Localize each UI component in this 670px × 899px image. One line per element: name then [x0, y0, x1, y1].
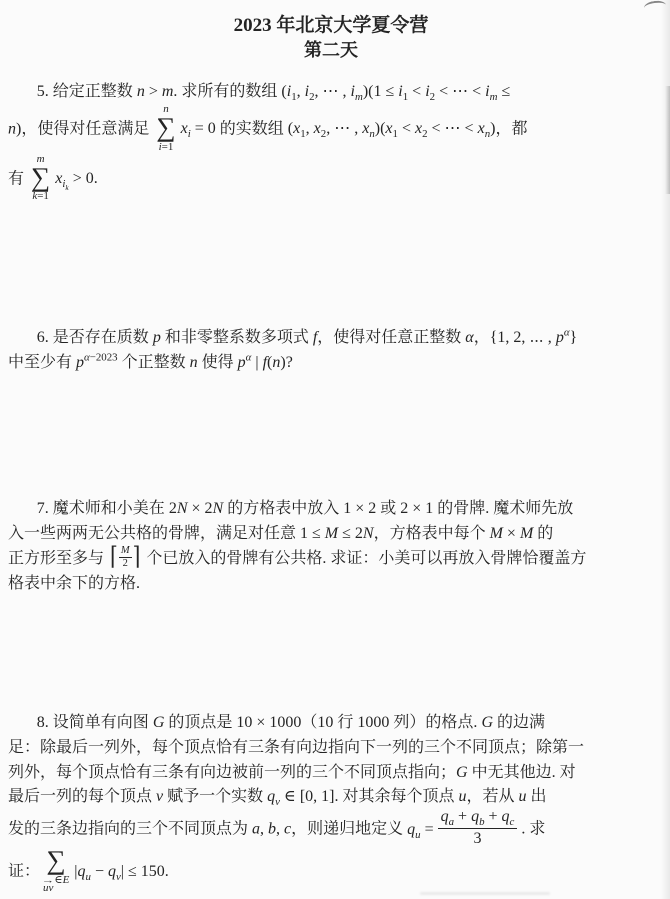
text-run: 的骨牌. 魔术师先放: [433, 500, 573, 517]
problem-5-line-2: n)，使得对任意满足 n∑i=1xi = 0 的实数组 (x1, x2, ⋯ ,…: [8, 105, 658, 155]
math-expression: qu =: [407, 821, 433, 838]
text-run: 或: [376, 500, 400, 517]
text-run: 个正整数: [118, 354, 190, 371]
fraction: qa + qb + qc3: [438, 808, 518, 848]
problem-6: 6. 是否存在质数 p 和非零整系数多项式 f，使得对任意正整数 α，{1, 2…: [8, 326, 658, 376]
math-expression: n): [8, 120, 21, 137]
text-run: 的边满: [493, 714, 545, 731]
problem-7: 7. 魔术师和小美在 2N × 2N 的方格表中放入 1 × 2 或 2 × 1…: [8, 497, 658, 597]
document-page: 2023 年北京大学夏令营 第二天 5. 给定正整数 n > m. 求所有的数组…: [0, 0, 670, 899]
text-run: 证：: [8, 863, 40, 880]
text-run: 列外，每个顶点恰有三条有向边被前一列的三个不同顶点指向；: [8, 764, 456, 781]
math-expression: n > m.: [137, 83, 178, 100]
text-run: 7. 魔术师和小美在: [37, 500, 169, 517]
problem-7-line-2: 入一些两两无公共格的骨牌，满足对任意 1 ≤ M ≤ 2N，方格表中每个 M ×…: [8, 522, 658, 547]
ceiling-expression: ⌈M2⌉: [110, 545, 140, 570]
problem-8-line-4: 最后一列的每个顶点 v 赋予一个实数 qv ∈ [0, 1]. 对其余每个顶点 …: [8, 785, 658, 810]
text-run: ，方格表中每个: [374, 525, 490, 542]
problem-7-line-4: 格表中余下的方格.: [8, 572, 658, 597]
math-expression: 1 ≤ M ≤ 2N: [300, 525, 374, 542]
vector-arrow-icon: →: [42, 877, 55, 884]
text-run: 赋予一个实数: [163, 788, 267, 805]
text-run: 5. 给定正整数: [37, 83, 137, 100]
math-expression: G: [481, 714, 493, 731]
text-run: ，使得对任意正整数: [317, 329, 465, 346]
sigma-icon: ∑: [31, 165, 50, 191]
left-ceiling-icon: ⌈: [110, 545, 118, 570]
sum-lower-limit: i=1: [159, 141, 174, 153]
text-run: 和非零整系数多项式: [161, 329, 313, 346]
sum-lower-limit: →uv∈E: [43, 874, 69, 893]
math-expression: p: [153, 329, 161, 346]
text-run: 出: [527, 788, 547, 805]
text-run: 发的三条边指向的三个不同顶点为: [8, 821, 252, 838]
sum-lower-limit: k=1: [32, 190, 49, 202]
text-run: 的实数组: [216, 120, 288, 137]
problem-8-line-1: 8. 设简单有向图 G 的顶点是 10 × 1000（10 行 1000 列）的…: [8, 711, 658, 736]
text-run: 正方形至多与: [8, 550, 108, 567]
problem-8: 8. 设简单有向图 G 的顶点是 10 × 1000（10 行 1000 列）的…: [8, 711, 658, 895]
text-run: 最后一列的每个顶点: [8, 788, 156, 805]
text-run: 个已放入的骨牌有公共格. 求证：小美可以再放入骨牌恰覆盖方: [142, 550, 586, 567]
problem-5-line-3: 有 m∑k=1xik > 0.: [8, 155, 658, 205]
text-run: 使得: [198, 354, 238, 371]
text-run: 格表中余下的方格.: [8, 575, 140, 592]
math-expression: pα | f(n)?: [238, 354, 293, 371]
fraction-numerator: M: [119, 545, 132, 558]
text-run: ，则递归地定义: [291, 821, 407, 838]
problem-7-line-1: 7. 魔术师和小美在 2N × 2N 的方格表中放入 1 × 2 或 2 × 1…: [8, 497, 658, 522]
text-run: 对其余每个顶点: [338, 788, 458, 805]
math-expression: 1 × 2: [343, 500, 376, 517]
sigma-icon: ∑: [47, 848, 66, 874]
fraction-denominator: 2: [123, 558, 128, 570]
math-expression: 2 × 1: [400, 500, 433, 517]
vector-label: uv: [43, 884, 53, 893]
sum-limit-rest: ∈E: [54, 874, 69, 886]
problem-8-line-5: 发的三条边指向的三个不同顶点为 a, b, c，则递归地定义 qu =qa + …: [8, 810, 658, 850]
math-expression: α: [465, 329, 473, 346]
math-expression: M × M: [490, 525, 534, 542]
text-run: （10 行 1000 列）的格点.: [301, 714, 481, 731]
scan-edge-streak: [665, 86, 670, 194]
text-run: ，都: [495, 120, 527, 137]
text-run: 有: [8, 170, 28, 187]
summation-operator: m∑k=1: [31, 153, 50, 203]
text-run: 足：除最后一列外，每个顶点恰有三条有向边指向下一列的三个不同顶点；除第一: [8, 739, 584, 756]
fraction-denominator: 3: [473, 829, 481, 848]
text-run: 6. 是否存在质数: [37, 329, 153, 346]
summation-operator: n∑i=1: [156, 103, 175, 153]
fraction: M2: [119, 545, 132, 570]
sigma-icon: ∑: [156, 115, 175, 141]
math-expression: u: [519, 788, 527, 805]
math-expression: (i1, i2, ⋯ , im)(1 ≤ i1 < i2 < ⋯ < im ≤: [281, 83, 510, 100]
problem-8-line-2: 足：除最后一列外，每个顶点恰有三条有向边指向下一列的三个不同顶点；除第一: [8, 736, 658, 761]
page-title: 2023 年北京大学夏令营: [0, 13, 662, 39]
problem-8-line-6: 证：∑→uv∈E|qu − qv| ≤ 150.: [8, 850, 658, 895]
math-expression: {1, 2, ⋯ , pα}: [490, 329, 578, 346]
math-expression: a, b, c: [252, 821, 291, 838]
text-run: ，使得对任意满足: [21, 120, 153, 137]
text-run: . 求: [521, 821, 545, 838]
scan-bottom-smudge: [420, 892, 550, 895]
text-run: 求所有的数组: [177, 83, 281, 100]
problem-6-line-1: 6. 是否存在质数 p 和非零整系数多项式 f，使得对任意正整数 α，{1, 2…: [8, 326, 658, 351]
math-expression: 10 × 1000: [236, 714, 301, 731]
problem-5: 5. 给定正整数 n > m. 求所有的数组 (i1, i2, ⋯ , im)(…: [8, 80, 658, 204]
text-run: 中无其他边. 对: [468, 764, 576, 781]
page-subtitle: 第二天: [0, 39, 662, 62]
math-expression: (x1, x2, ⋯ , xn)(x1 < x2 < ⋯ < xn): [288, 120, 496, 137]
text-run: ，: [474, 329, 490, 346]
summation-operator: ∑→uv∈E: [43, 848, 69, 893]
math-expression: G: [153, 714, 165, 731]
problem-7-line-3: 正方形至多与 ⌈M2⌉ 个已放入的骨牌有公共格. 求证：小美可以再放入骨牌恰覆盖…: [8, 547, 658, 572]
math-expression: xik > 0.: [55, 170, 97, 187]
math-expression: pα−2023: [76, 354, 118, 371]
math-expression: 2N × 2N: [169, 500, 223, 517]
text-run: 中至少有: [8, 354, 76, 371]
text-run: 的: [533, 525, 553, 542]
problem-8-line-3: 列外，每个顶点恰有三条有向边被前一列的三个不同顶点指向；G 中无其他边. 对: [8, 761, 658, 786]
text-run: 入一些两两无公共格的骨牌，满足对任意: [8, 525, 300, 542]
math-expression: xi = 0: [181, 120, 216, 137]
text-run: 的顶点是: [164, 714, 236, 731]
math-expression: n: [190, 354, 198, 371]
math-expression: |qu − qv| ≤ 150.: [74, 863, 168, 880]
problem-6-line-2: 中至少有 pα−2023 个正整数 n 使得 pα | f(n)?: [8, 351, 658, 376]
text-run: 8. 设简单有向图: [37, 714, 153, 731]
math-expression: qv ∈ [0, 1].: [267, 788, 338, 805]
right-ceiling-icon: ⌉: [133, 545, 141, 570]
text-run: ，若从: [466, 788, 518, 805]
vector-notation: →uv: [43, 877, 53, 893]
math-expression: G: [456, 764, 468, 781]
text-run: 的方格表中放入: [223, 500, 343, 517]
problem-5-line-1: 5. 给定正整数 n > m. 求所有的数组 (i1, i2, ⋯ , im)(…: [8, 80, 658, 105]
header: 2023 年北京大学夏令营 第二天: [0, 13, 662, 62]
fraction-numerator: qa + qb + qc: [438, 808, 518, 828]
